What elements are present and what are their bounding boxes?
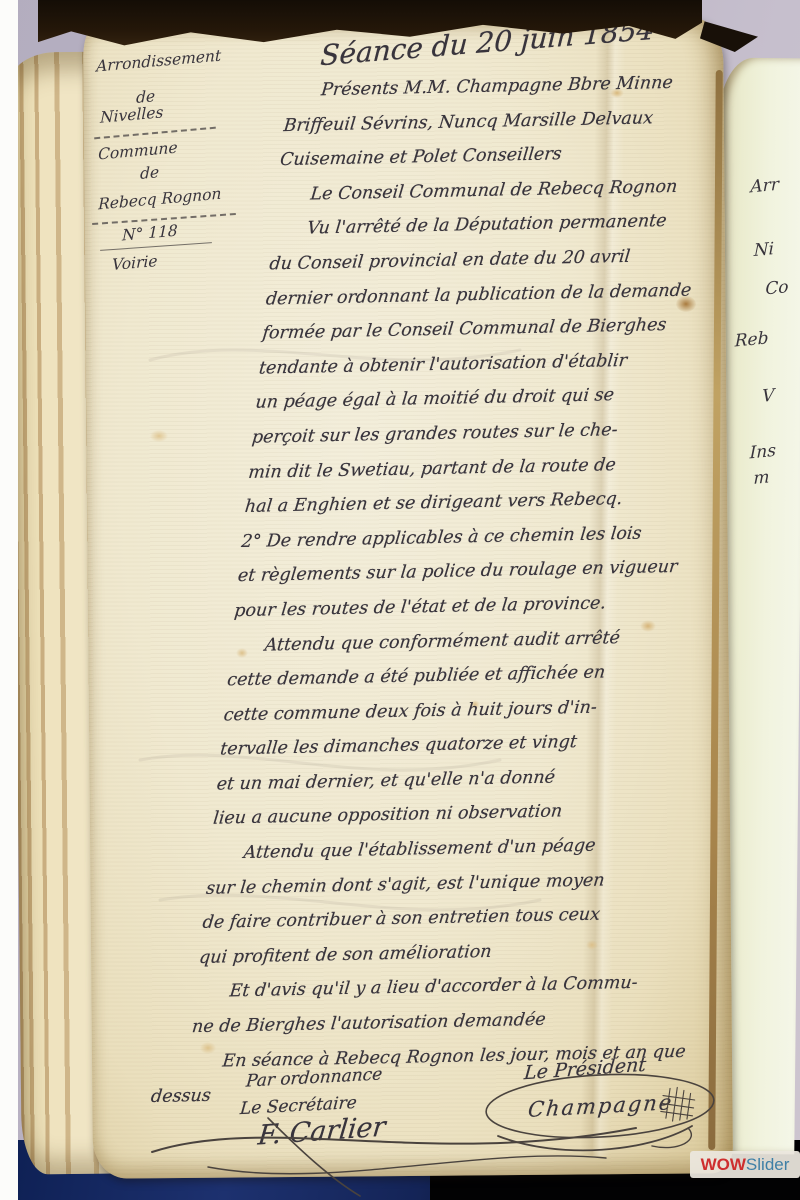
watermark-slider-text: Slider xyxy=(746,1155,789,1175)
next-page-partial-text: Ins xyxy=(750,441,776,464)
watermark-wow-text: WOW xyxy=(701,1155,746,1175)
wowslider-watermark-link[interactable]: WOWSlider xyxy=(690,1151,800,1178)
margin-de: de xyxy=(140,163,159,183)
manuscript-photo: Arr Ni Co Reb V Ins m Séance du 20 juin … xyxy=(0,0,800,1200)
next-page-partial-text: Co xyxy=(765,277,788,299)
age-spot xyxy=(150,430,168,442)
next-page-partial-text: V xyxy=(762,385,774,406)
next-page-partial-text: m xyxy=(753,467,769,489)
photo-edge-strip xyxy=(0,0,18,1200)
